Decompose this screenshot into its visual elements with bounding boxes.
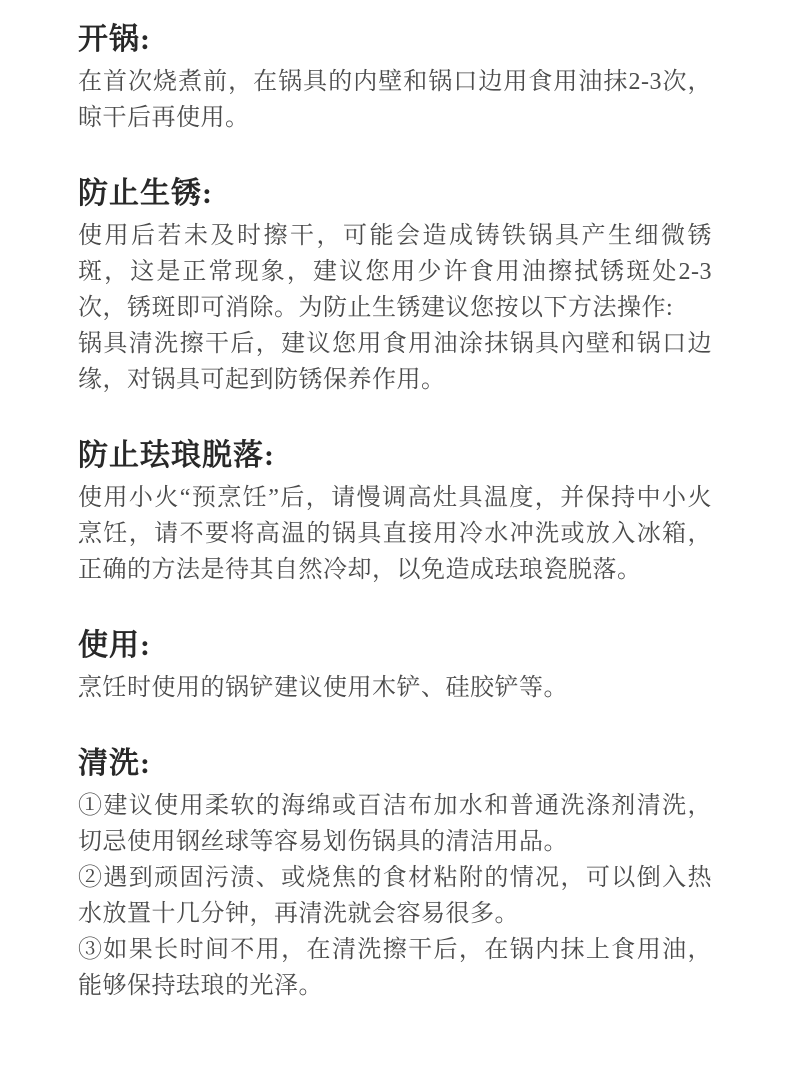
instruction-section: 清洗: ①建议使用柔软的海绵或百洁布加水和普通洗涤剂清洗，切忌使用钢丝球等容易划… <box>78 746 712 1004</box>
section-heading: 清洗: <box>78 746 712 782</box>
section-paragraph: 使用后若未及时擦干，可能会造成铸铁锅具产生细微锈斑，这是正常现象，建议您用少许食… <box>78 218 712 326</box>
section-paragraph: 在首次烧煮前，在锅具的内壁和锅口边用食用油抹2-3次，晾干后再使用。 <box>78 64 712 136</box>
section-paragraph: ②遇到顽固污渍、或烧焦的食材粘附的情况，可以倒入热水放置十几分钟，再清洗就会容易… <box>78 860 712 932</box>
section-paragraph: ③如果长时间不用，在清洗擦干后，在锅内抹上食用油，能够保持珐琅的光泽。 <box>78 932 712 1004</box>
section-heading: 开锅: <box>78 22 712 58</box>
section-paragraph: 烹饪时使用的锅铲建议使用木铲、硅胶铲等。 <box>78 670 712 706</box>
instruction-section: 开锅: 在首次烧煮前，在锅具的内壁和锅口边用食用油抹2-3次，晾干后再使用。 <box>78 22 712 136</box>
section-heading: 防止生锈: <box>78 176 712 212</box>
instruction-section: 防止珐琅脱落: 使用小火“预烹饪”后，请慢调高灶具温度，并保持中小火烹饪，请不要… <box>78 438 712 588</box>
section-paragraph: 锅具清洗擦干后，建议您用食用油涂抹锅具內壁和锅口边缘，对锅具可起到防锈保养作用。 <box>78 326 712 398</box>
section-heading: 使用: <box>78 628 712 664</box>
section-paragraph: 使用小火“预烹饪”后，请慢调高灶具温度，并保持中小火烹饪，请不要将高温的锅具直接… <box>78 480 712 588</box>
section-heading: 防止珐琅脱落: <box>78 438 712 474</box>
section-paragraph: ①建议使用柔软的海绵或百洁布加水和普通洗涤剂清洗，切忌使用钢丝球等容易划伤锅具的… <box>78 788 712 860</box>
care-instructions-document: 开锅: 在首次烧煮前，在锅具的内壁和锅口边用食用油抹2-3次，晾干后再使用。 防… <box>0 0 790 1004</box>
instruction-section: 使用: 烹饪时使用的锅铲建议使用木铲、硅胶铲等。 <box>78 628 712 706</box>
instruction-section: 防止生锈: 使用后若未及时擦干，可能会造成铸铁锅具产生细微锈斑，这是正常现象，建… <box>78 176 712 398</box>
